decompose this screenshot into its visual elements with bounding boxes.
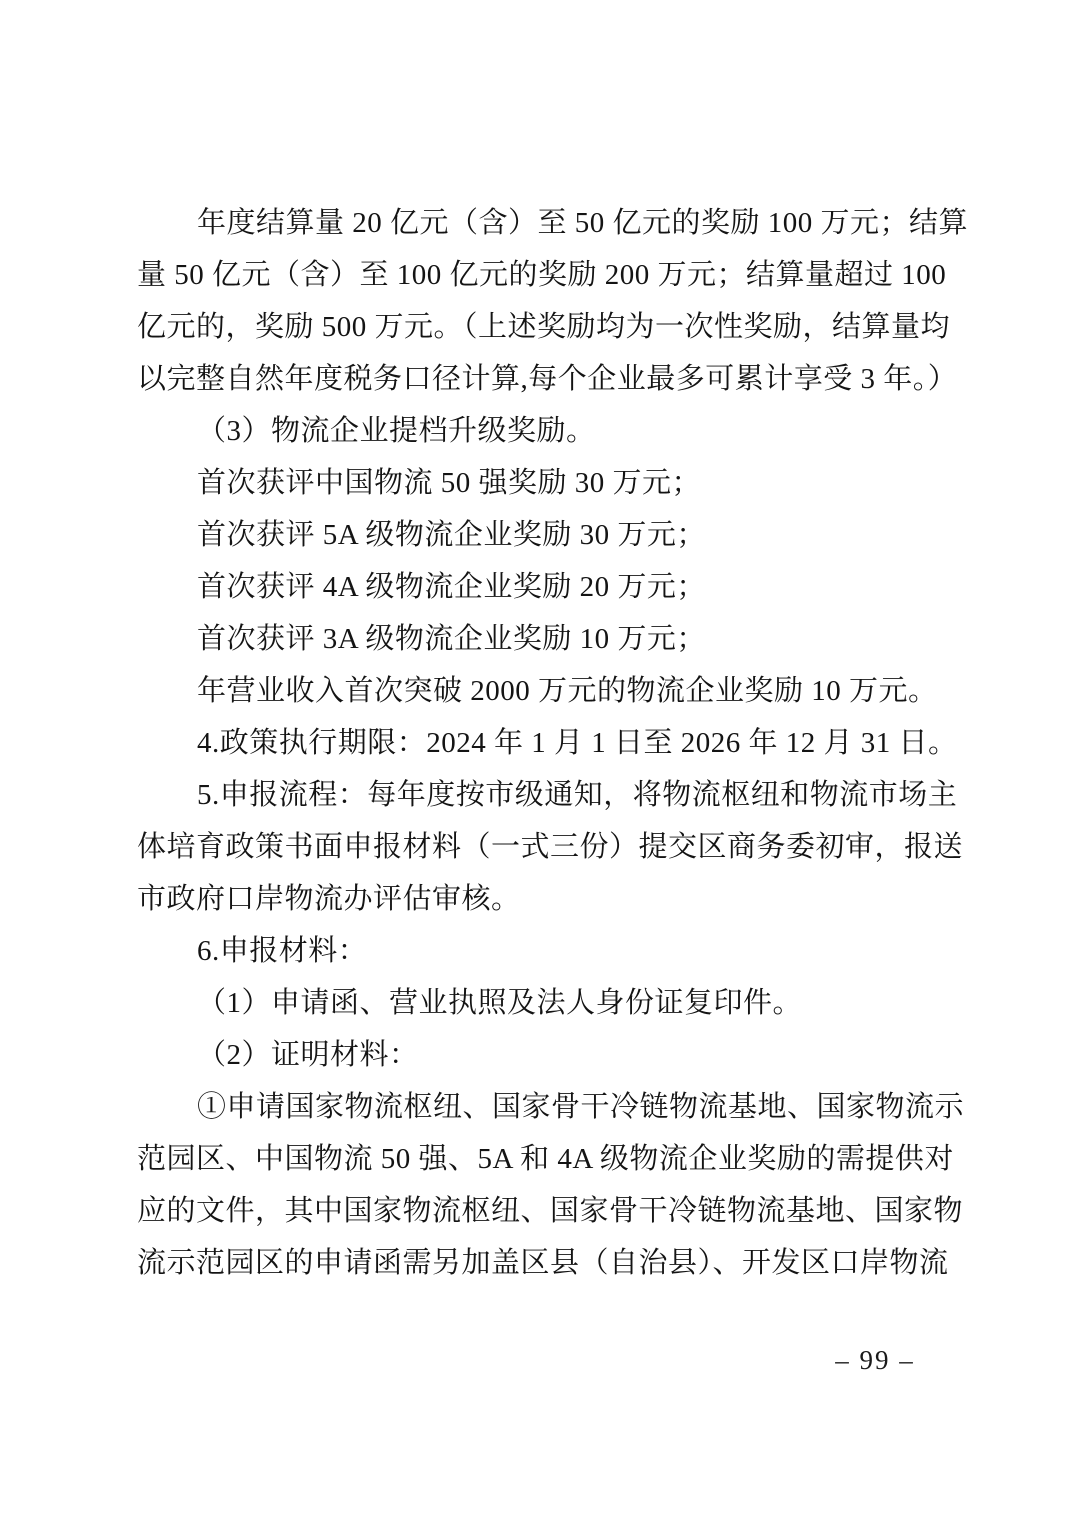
text-line: 亿元的，奖励 500 万元。（上述奖励均为一次性奖励，结算量均 (137, 301, 943, 353)
text-line: 应的文件，其中国家物流枢纽、国家骨干冷链物流基地、国家物 (137, 1185, 943, 1237)
text-line: 量 50 亿元（含）至 100 亿元的奖励 200 万元；结算量超过 100 (137, 249, 943, 301)
text-line: 年度结算量 20 亿元（含）至 50 亿元的奖励 100 万元；结算 (137, 197, 943, 249)
text-line: （3）物流企业提档升级奖励。 (137, 405, 943, 457)
text-line: ①申请国家物流枢纽、国家骨干冷链物流基地、国家物流示 (137, 1081, 943, 1133)
text-line: （2）证明材料： (137, 1029, 943, 1081)
text-line: 流示范园区的申请函需另加盖区县（自治县）、开发区口岸物流 (137, 1237, 943, 1289)
text-line: 首次获评 3A 级物流企业奖励 10 万元； (137, 613, 943, 665)
text-line: 范园区、中国物流 50 强、5A 和 4A 级物流企业奖励的需提供对 (137, 1133, 943, 1185)
text-line: 首次获评中国物流 50 强奖励 30 万元； (137, 457, 943, 509)
text-line: 首次获评 4A 级物流企业奖励 20 万元； (137, 561, 943, 613)
text-line: 首次获评 5A 级物流企业奖励 30 万元； (137, 509, 943, 561)
text-line: 市政府口岸物流办评估审核。 (137, 873, 943, 925)
document-body: 年度结算量 20 亿元（含）至 50 亿元的奖励 100 万元；结算 量 50 … (137, 197, 943, 1289)
text-line: 以完整自然年度税务口径计算,每个企业最多可累计享受 3 年。） (137, 353, 943, 405)
page-number: – 99 – (820, 1342, 930, 1378)
text-line: 年营业收入首次突破 2000 万元的物流企业奖励 10 万元。 (137, 665, 943, 717)
text-line: 5.申报流程：每年度按市级通知，将物流枢纽和物流市场主 (137, 769, 943, 821)
text-line: 4.政策执行期限：2024 年 1 月 1 日至 2026 年 12 月 31 … (137, 717, 943, 769)
text-line: 体培育政策书面申报材料（一式三份）提交区商务委初审，报送 (137, 821, 943, 873)
text-line: 6.申报材料： (137, 925, 943, 977)
document-page: 年度结算量 20 亿元（含）至 50 亿元的奖励 100 万元；结算 量 50 … (0, 0, 1074, 1520)
text-line: （1）申请函、营业执照及法人身份证复印件。 (137, 977, 943, 1029)
